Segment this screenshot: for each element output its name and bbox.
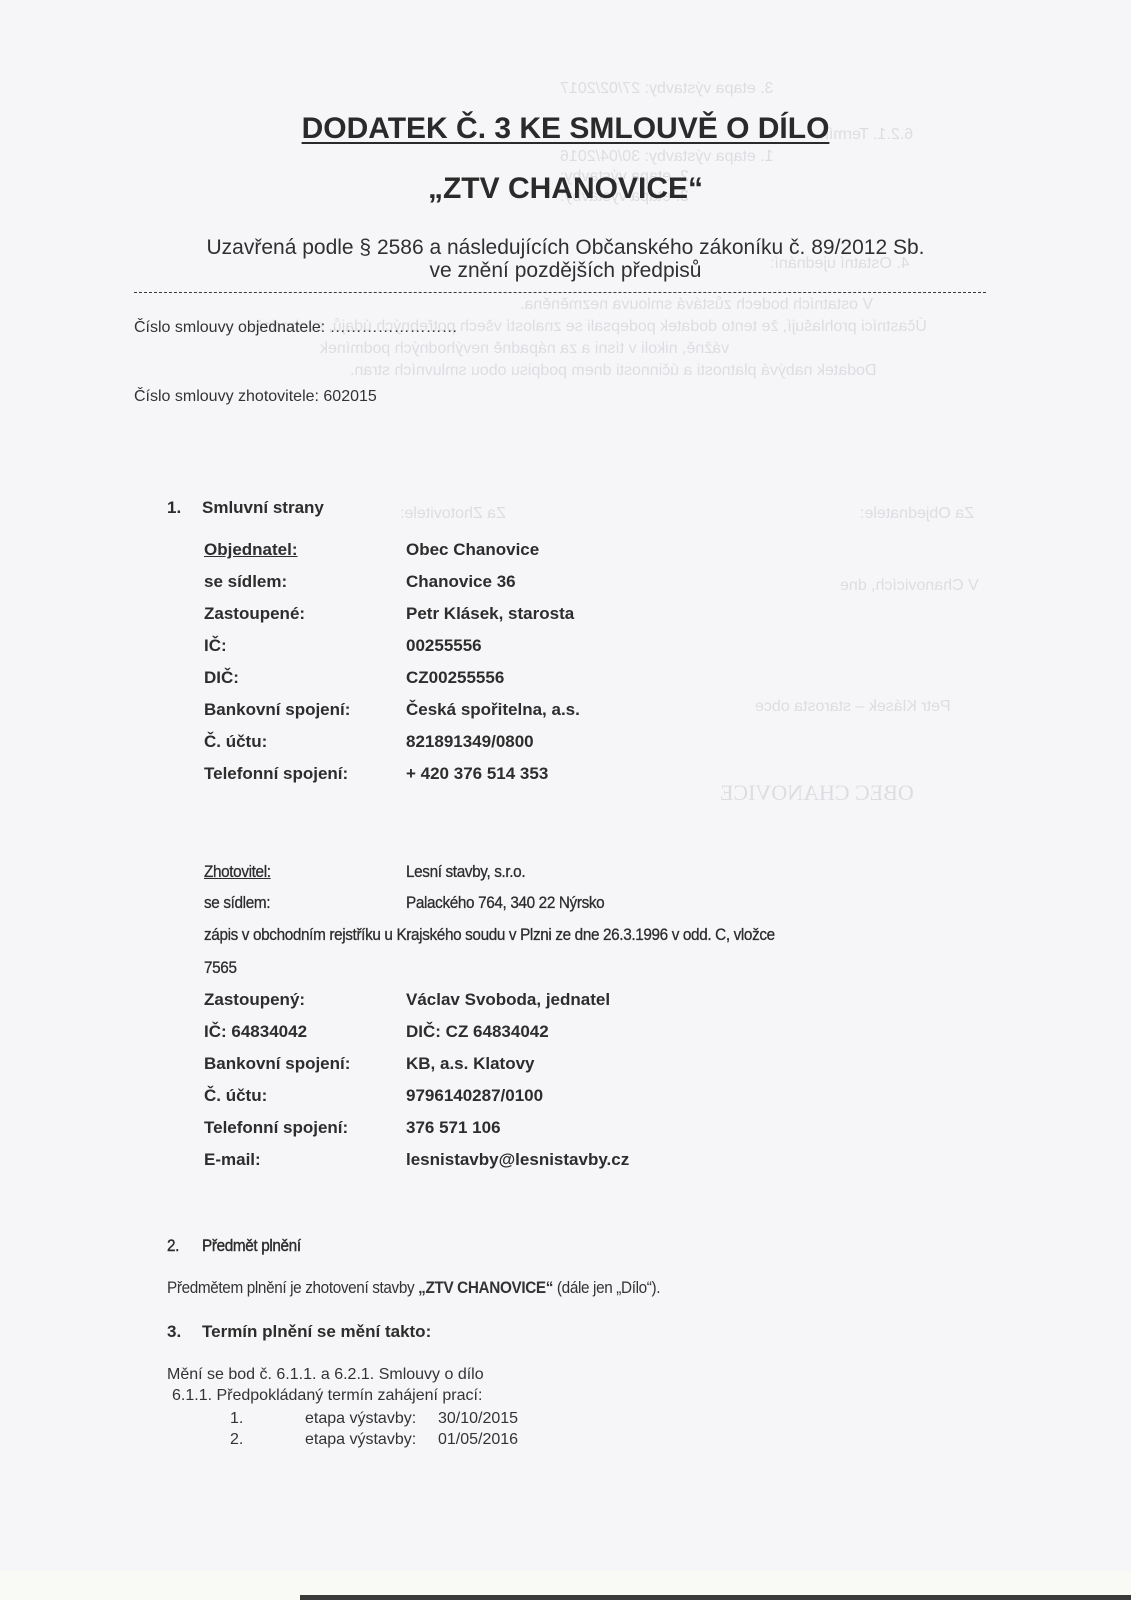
bleed-through-text: Petr Klásek – starosta obce: [755, 698, 951, 716]
client-field-value: 821891349/0800: [406, 732, 534, 752]
contractor-field-value: 376 571 106: [406, 1118, 501, 1138]
planned-start-heading: 6.1.1. Předpokládaný termín zahájení pra…: [172, 1387, 482, 1405]
section-3-number: 3.: [167, 1322, 181, 1342]
stage-number: 2.: [230, 1431, 243, 1449]
bleed-through-stamp: OBEC CHANOVICE: [720, 780, 914, 806]
contractor-field-value: Václav Svoboda, jednatel: [406, 990, 610, 1010]
bleed-through-text: V Chanovicích, dne: [840, 577, 979, 595]
section-1-heading: Smluvní strany: [202, 498, 324, 518]
commercial-register-insert: 7565: [204, 958, 237, 978]
client-field-value: Obec Chanovice: [406, 540, 539, 560]
client-field-label: Č. účtu:: [204, 732, 267, 752]
client-field-value: Chanovice 36: [406, 572, 516, 592]
contractor-field-label: Zastoupený:: [204, 990, 305, 1010]
client-field-label: IČ:: [204, 636, 227, 656]
contractor-field-value: lesnistavby@lesnistavby.cz: [406, 1150, 629, 1170]
scanned-page: 3. etapa výstavby: 27/02/2017 6.2.1. Ter…: [0, 0, 1131, 1570]
commercial-register-entry: zápis v obchodním rejstříku u Krajského …: [204, 925, 775, 945]
bleed-through-text: vážně, nikoli v tísni a za nápadně nevýh…: [320, 340, 729, 358]
document-subtitle: „ZTV CHANOVICE“: [0, 172, 1131, 206]
scan-edge-shadow: [300, 1595, 1131, 1600]
subject-of-performance: Předmětem plnění je zhotovení stavby „ZT…: [167, 1278, 660, 1298]
client-field-label: Telefonní spojení:: [204, 764, 348, 784]
client-field-value: Petr Klásek, starosta: [406, 604, 574, 624]
contractor-contract-number: Číslo smlouvy zhotovitele: 602015: [134, 388, 377, 406]
bleed-through-text: 1. etapa výstavby: 30/04/2016: [560, 148, 773, 166]
project-name: „ZTV CHANOVICE“: [418, 1278, 553, 1297]
legal-basis-line-1: Uzavřená podle § 2586 a následujících Ob…: [0, 236, 1131, 260]
bleed-through-text: 3. etapa výstavby: 27/02/2017: [560, 80, 773, 98]
contractor-field-label: Č. účtu:: [204, 1086, 267, 1106]
contractor-field-label: E-mail:: [204, 1150, 261, 1170]
contractor-name: Lesní stavby, s.r.o.: [406, 862, 525, 882]
document-title: DODATEK Č. 3 KE SMLOUVĚ O DÍLO: [0, 112, 1131, 146]
section-2-heading: Předmět plnění: [202, 1236, 301, 1256]
client-field-label: se sídlem:: [204, 572, 287, 592]
contractor-field-label: IČ: 64834042: [204, 1022, 307, 1042]
bleed-through-text: Za Objednatele:: [860, 505, 974, 523]
stage-number: 1.: [230, 1410, 243, 1428]
stage-date: 30/10/2015: [438, 1410, 518, 1428]
contractor-label: Zhotovitel:: [204, 862, 271, 882]
contractor-field-label: Bankovní spojení:: [204, 1054, 350, 1074]
client-field-label: DIČ:: [204, 668, 239, 688]
stage-date: 01/05/2016: [438, 1431, 518, 1449]
client-field-label: Zastoupené:: [204, 604, 305, 624]
contractor-field-value: 9796140287/0100: [406, 1086, 543, 1106]
client-field-value: + 420 376 514 353: [406, 764, 548, 784]
contractor-field-label: Telefonní spojení:: [204, 1118, 348, 1138]
contractor-field-value: DIČ: CZ 64834042: [406, 1022, 549, 1042]
amended-points: Mění se bod č. 6.1.1. a 6.2.1. Smlouvy o…: [167, 1366, 484, 1384]
legal-basis-line-2: ve znění pozdějších předpisů: [0, 259, 1131, 283]
stage-label: etapa výstavby:: [305, 1410, 416, 1428]
contractor-seat-label: se sídlem:: [204, 893, 270, 913]
client-field-value: Česká spořitelna, a.s.: [406, 700, 580, 720]
client-field-label: Objednatel:: [204, 540, 298, 560]
bleed-through-text: Dodatek nabývá platnosti a účinnosti dne…: [350, 362, 877, 380]
section-2-number: 2.: [167, 1236, 179, 1256]
bleed-through-text: V ostatních bodech zůstává smlouva nezmě…: [520, 296, 873, 314]
stage-label: etapa výstavby:: [305, 1431, 416, 1449]
bleed-through-text: Za Zhotovitele:: [400, 505, 506, 523]
client-contract-number: Číslo smlouvy objednatele: ……………………: [134, 319, 458, 337]
contractor-field-value: KB, a.s. Klatovy: [406, 1054, 535, 1074]
client-field-value: CZ00255556: [406, 668, 504, 688]
section-1-number: 1.: [167, 498, 181, 518]
client-field-value: 00255556: [406, 636, 482, 656]
client-field-label: Bankovní spojení:: [204, 700, 350, 720]
section-3-heading: Termín plnění se mění takto:: [202, 1322, 431, 1342]
dashed-separator: [134, 292, 986, 293]
contractor-seat: Palackého 764, 340 22 Nýrsko: [406, 893, 604, 913]
